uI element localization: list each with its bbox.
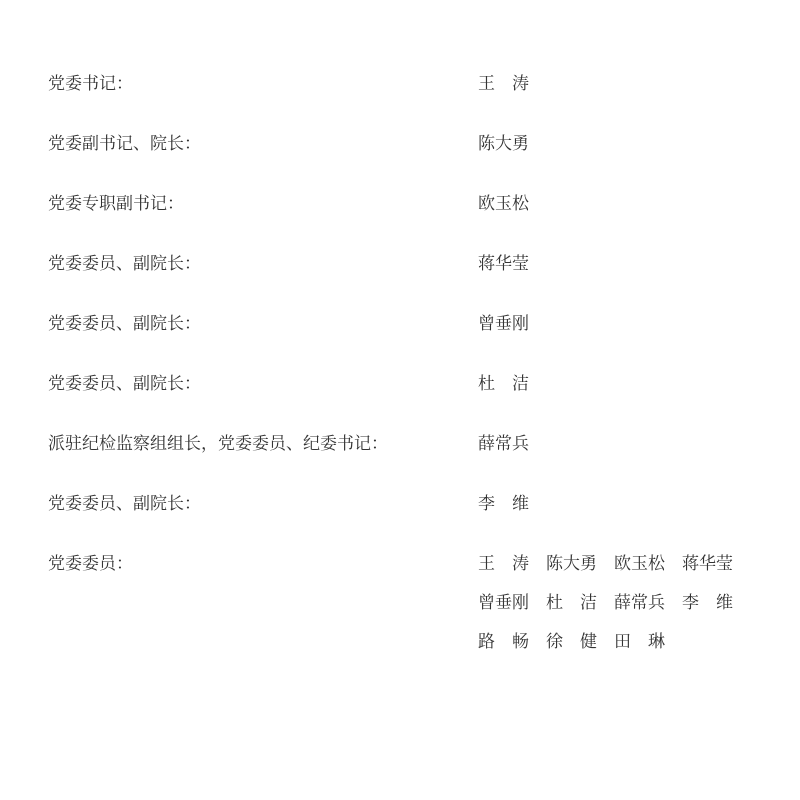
row-title: 党委委员、副院长： xyxy=(48,375,478,393)
row-names: 薛常兵 xyxy=(478,435,750,453)
name-line: 陈大勇 xyxy=(478,135,750,153)
row-names: 蒋华莹 xyxy=(478,255,750,273)
name-line: 蒋华莹 xyxy=(478,255,750,273)
name-line: 王 涛 陈大勇 欧玉松 蒋华莹 xyxy=(478,555,750,573)
name-line: 路 畅 徐 健 田 琳 xyxy=(478,633,750,651)
roster-row: 党委专职副书记： 欧玉松 xyxy=(48,195,750,213)
row-names: 李 维 xyxy=(478,495,750,513)
row-title: 党委专职副书记： xyxy=(48,195,478,213)
row-names: 王 涛 xyxy=(478,75,750,93)
row-names: 陈大勇 xyxy=(478,135,750,153)
roster-row: 党委书记： 王 涛 xyxy=(48,75,750,93)
name-line: 杜 洁 xyxy=(478,375,750,393)
row-names: 欧玉松 xyxy=(478,195,750,213)
row-title: 党委委员、副院长： xyxy=(48,255,478,273)
roster-row: 党委委员、副院长： 李 维 xyxy=(48,495,750,513)
name-line: 曾垂刚 xyxy=(478,315,750,333)
row-title: 党委委员： xyxy=(48,555,478,573)
row-title: 党委副书记、院长： xyxy=(48,135,478,153)
roster-row: 党委委员： 王 涛 陈大勇 欧玉松 蒋华莹 曾垂刚 杜 洁 薛常兵 李 维 路 … xyxy=(48,555,750,651)
roster-row: 党委副书记、院长： 陈大勇 xyxy=(48,135,750,153)
roster-row: 党委委员、副院长： 曾垂刚 xyxy=(48,315,750,333)
name-line: 欧玉松 xyxy=(478,195,750,213)
row-title: 派驻纪检监察组组长，党委委员、纪委书记： xyxy=(48,435,478,453)
row-title: 党委委员、副院长： xyxy=(48,495,478,513)
name-line: 曾垂刚 杜 洁 薛常兵 李 维 xyxy=(478,594,750,612)
name-line: 薛常兵 xyxy=(478,435,750,453)
roster-row: 党委委员、副院长： 杜 洁 xyxy=(48,375,750,393)
roster-row: 党委委员、副院长： 蒋华莹 xyxy=(48,255,750,273)
name-line: 李 维 xyxy=(478,495,750,513)
row-title: 党委书记： xyxy=(48,75,478,93)
row-title: 党委委员、副院长： xyxy=(48,315,478,333)
name-line: 王 涛 xyxy=(478,75,750,93)
roster: 党委书记： 王 涛 党委副书记、院长： 陈大勇 党委专职副书记： 欧玉松 党委委… xyxy=(0,0,800,651)
row-names: 杜 洁 xyxy=(478,375,750,393)
leadership-roster-page: 党委书记： 王 涛 党委副书记、院长： 陈大勇 党委专职副书记： 欧玉松 党委委… xyxy=(0,0,800,800)
row-names: 曾垂刚 xyxy=(478,315,750,333)
roster-row: 派驻纪检监察组组长，党委委员、纪委书记： 薛常兵 xyxy=(48,435,750,453)
row-names: 王 涛 陈大勇 欧玉松 蒋华莹 曾垂刚 杜 洁 薛常兵 李 维 路 畅 徐 健 … xyxy=(478,555,750,651)
